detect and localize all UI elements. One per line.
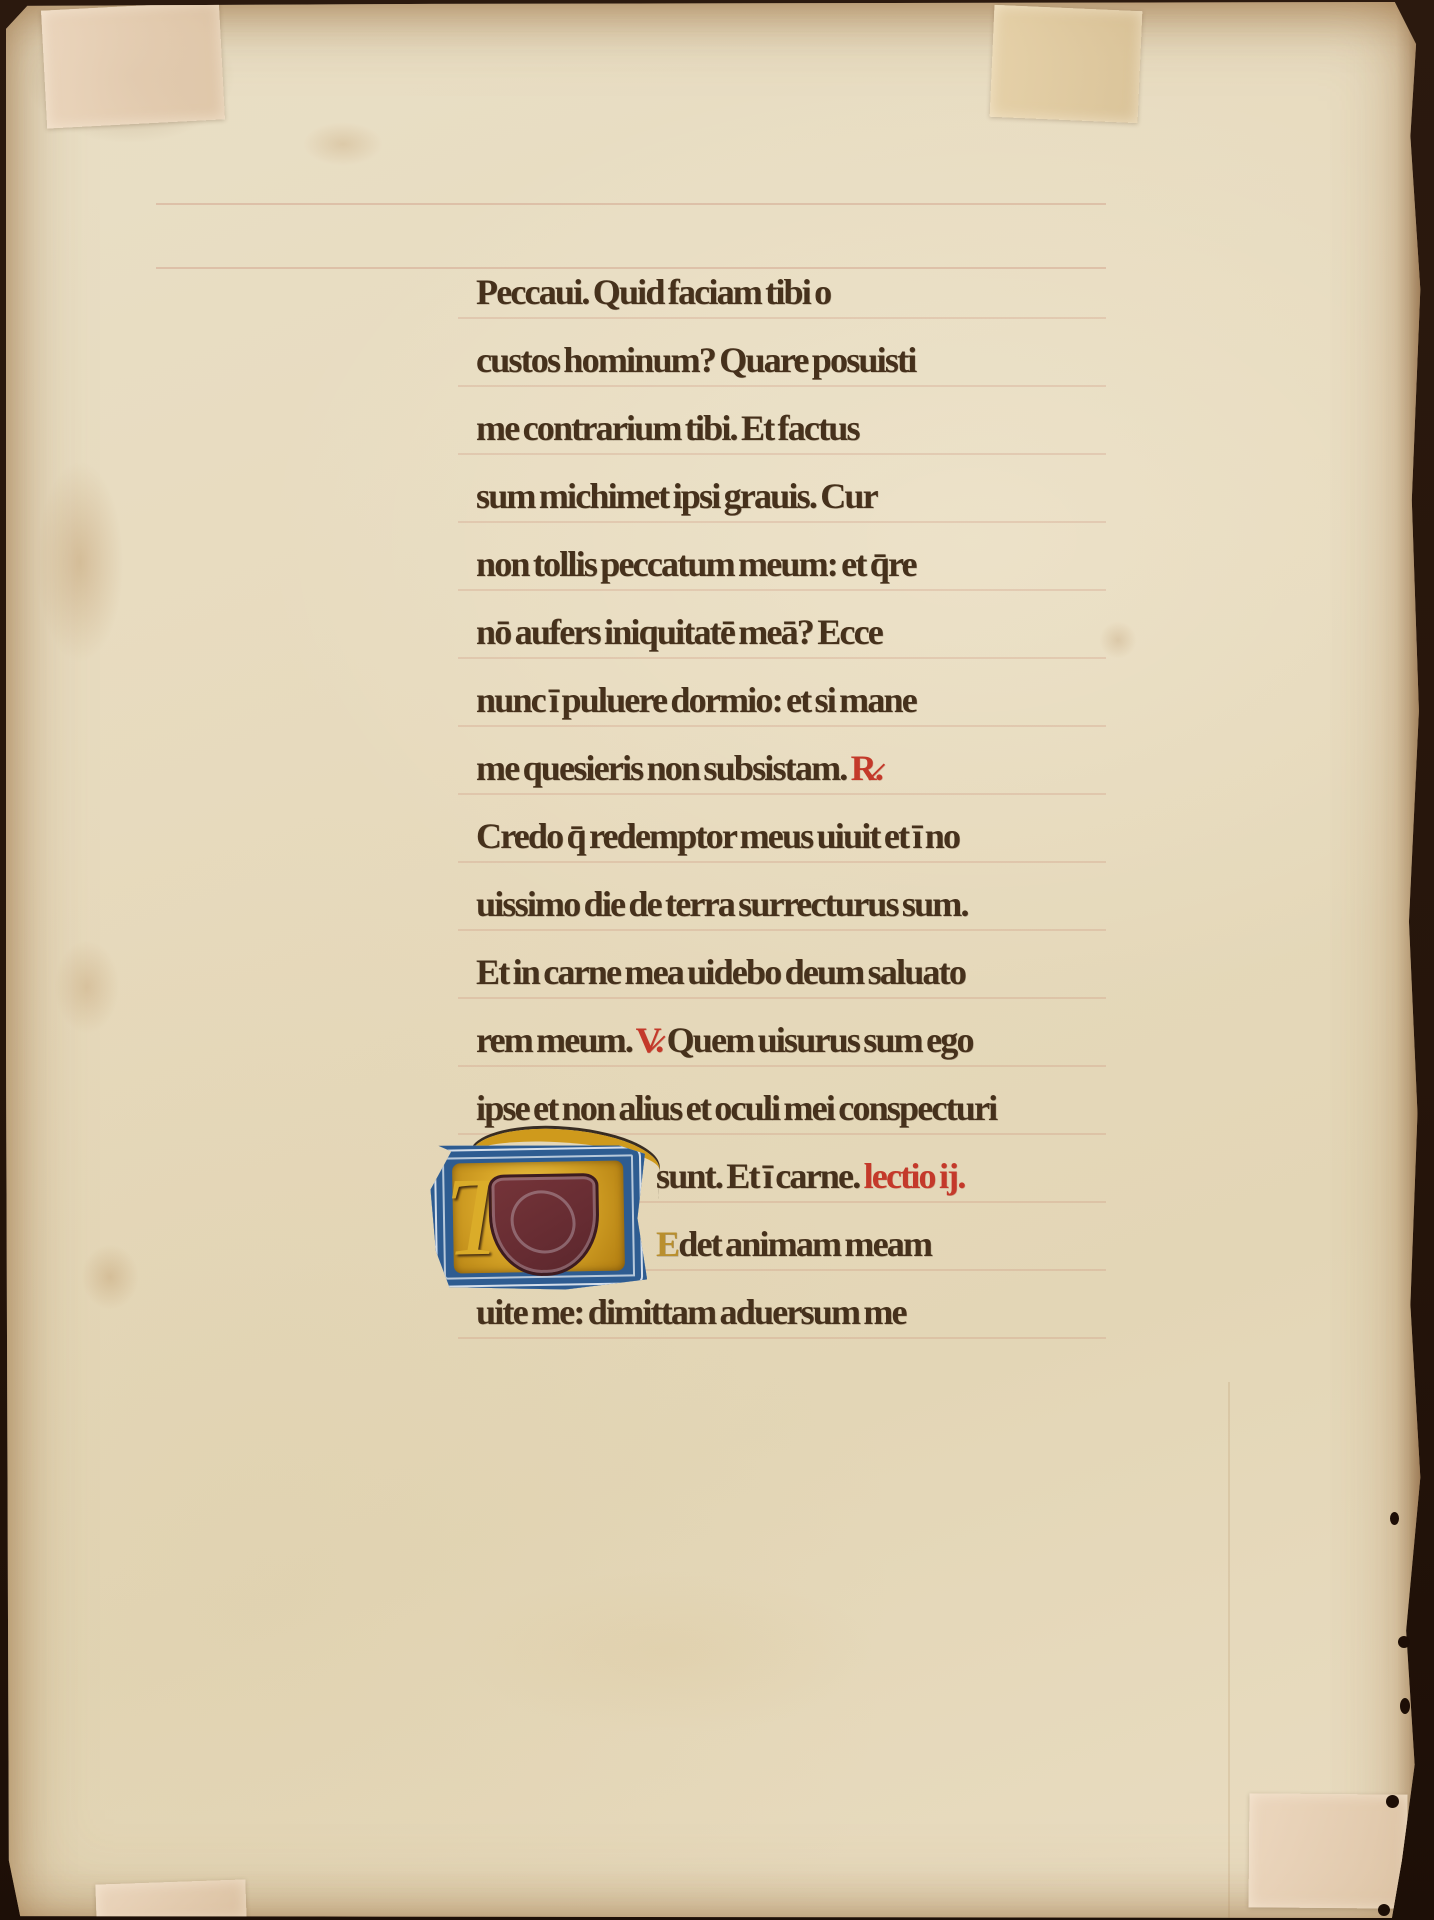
text-segment: ipse et non alius et oculi mei conspectu… [476, 1088, 996, 1128]
text-segment: rem meum. [476, 1020, 636, 1060]
text-segment: me quesieris non subsistam. [476, 748, 851, 788]
text-line: rem meum. V̷. Quem uisurus sum ego [476, 1006, 1176, 1074]
sewing-hole [1390, 1512, 1399, 1525]
illuminated-initial-t: T [430, 1142, 648, 1292]
text-line: nunc ī puluere dormio: et si mane [476, 666, 1176, 734]
text-line: non tollis peccatum meum: et q̄re [476, 530, 1176, 598]
browned-fore-edge [1396, 2, 1426, 1918]
text-segment: sum michimet ipsi grauis. Cur [476, 476, 877, 516]
text-segment: non tollis peccatum meum: et q̄re [476, 544, 916, 584]
text-segment: Peccaui. Quid faciam tibi o [476, 272, 830, 312]
stain [288, 114, 398, 174]
sewing-hole [1386, 1795, 1399, 1808]
rubric-text: lectio ij. [864, 1156, 965, 1196]
rubric-text: V̷. [636, 1020, 663, 1060]
text-segment: me contrarium tibi. Et factus [476, 408, 859, 448]
sewing-hole [1398, 1636, 1410, 1648]
text-segment: Quem uisurus sum ego [662, 1020, 972, 1060]
ruling-line [156, 203, 1106, 205]
text-line: uissimo die de terra surrecturus sum. [476, 870, 1176, 938]
text-segment: nō aufers iniquitatē meā? Ecce [476, 612, 882, 652]
tape-bottom-right [1249, 1793, 1408, 1908]
text-line: Et in carne mea uidebo deum saluato [476, 938, 1176, 1006]
stain [386, 1542, 946, 1762]
text-line: sum michimet ipsi grauis. Cur [476, 462, 1176, 530]
rubric-text: R̷. [851, 748, 882, 788]
text-segment: nunc ī puluere dormio: et si mane [476, 680, 916, 720]
text-line: nō aufers iniquitatē meā? Ecce [476, 598, 1176, 666]
text-segment: E [656, 1224, 678, 1264]
manuscript-leaf: Peccaui. Quid faciam tibi ocustos hominu… [6, 2, 1426, 1918]
text-line: me contrarium tibi. Et factus [476, 394, 1176, 462]
tape-top-left [41, 1, 225, 128]
sewing-hole [1400, 1698, 1410, 1714]
text-segment: det animam meam [678, 1224, 931, 1264]
fold-line [1228, 1382, 1230, 1920]
text-line: me quesieris non subsistam. R̷. [476, 734, 1176, 802]
text-segment: uite me: dimittam aduersum me [476, 1292, 906, 1332]
text-segment: Et in carne mea uidebo deum saluato [476, 952, 965, 992]
text-line: Credo q̄ redemptor meus uiuit et ī no [476, 802, 1176, 870]
stain [70, 1232, 150, 1322]
stain [20, 422, 140, 702]
tape-top-right [990, 5, 1143, 123]
filigree-ornament [499, 1178, 588, 1265]
text-segment: uissimo die de terra surrecturus sum. [476, 884, 968, 924]
text-line: Peccaui. Quid faciam tibi o [476, 258, 1176, 326]
stain [42, 922, 132, 1052]
photograph-background: Peccaui. Quid faciam tibi ocustos hominu… [0, 0, 1434, 1920]
text-segment: custos hominum? Quare posuisti [476, 340, 915, 380]
text-segment: Credo q̄ redemptor meus uiuit et ī no [476, 816, 959, 856]
text-line: custos hominum? Quare posuisti [476, 326, 1176, 394]
text-segment: sunt. Et ī carne. [656, 1156, 864, 1196]
tape-bottom-left [95, 1879, 246, 1920]
sewing-hole [1378, 1904, 1390, 1916]
